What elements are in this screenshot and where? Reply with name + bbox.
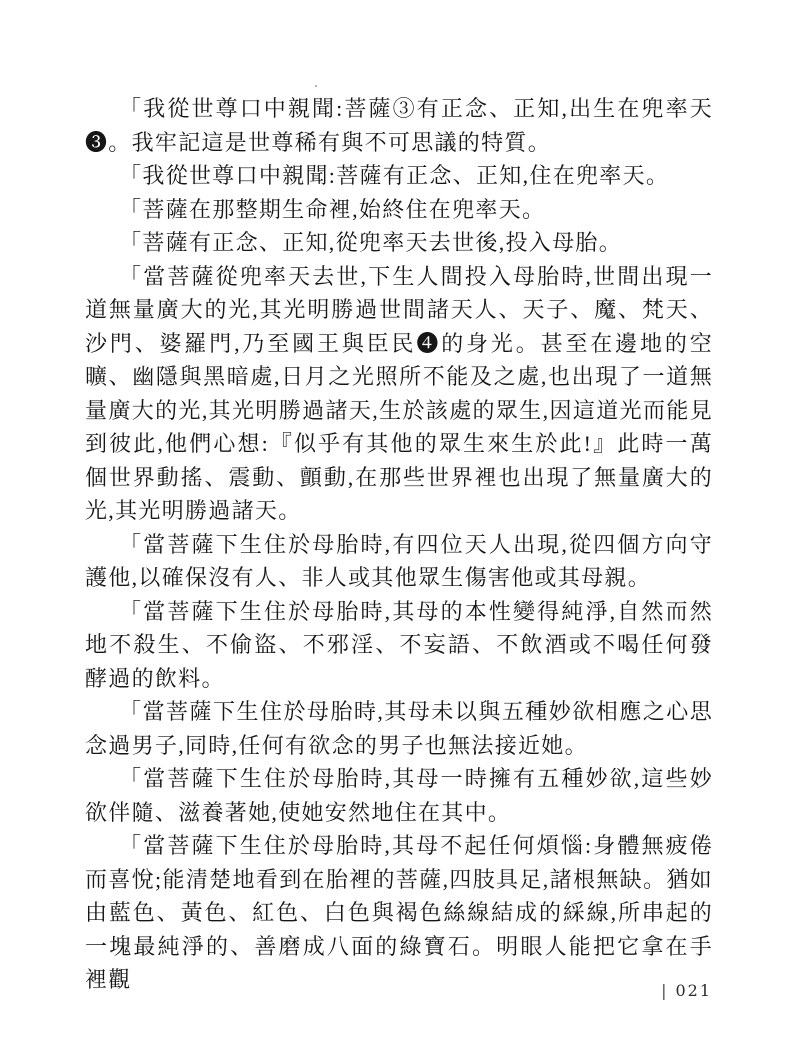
paragraph: 「菩薩在那整期生命裡,始終住在兜率天。	[85, 193, 713, 227]
paragraph: 「當菩薩下生住於母胎時,其母的本性變得純淨,自然而然地不殺生、不偷盜、不邪淫、不…	[85, 595, 713, 696]
paragraph: 「當菩薩下生住於母胎時,其母未以與五種妙欲相應之心思念過男子,同時,任何有欲念的…	[85, 695, 713, 762]
paragraph: 「當菩薩下生住於母胎時,其母一時擁有五種妙欲,這些妙欲伴隨、滋養著她,使她安然地…	[85, 762, 713, 829]
paragraph: 「我從世尊口中親聞:菩薩③有正念、正知,出生在兜率天❸。我牢記這是世尊稀有與不可…	[85, 92, 713, 159]
paragraph: 「當菩薩從兜率天去世,下生人間投入母胎時,世間出現一道無量廣大的光,其光明勝過世…	[85, 260, 713, 528]
page-number: |021	[661, 981, 712, 1000]
paragraph: 「菩薩有正念、正知,從兜率天去世後,投入母胎。	[85, 226, 713, 260]
paragraph: 「當菩薩下生住於母胎時,有四位天人出現,從四個方向守護他,以確保沒有人、非人或其…	[85, 528, 713, 595]
paragraph: 「當菩薩下生住於母胎時,其母不起任何煩惱:身體無疲倦而喜悅;能清楚地看到在胎裡的…	[85, 829, 713, 997]
paragraph: 「我從世尊口中親聞:菩薩有正念、正知,住在兜率天。	[85, 159, 713, 193]
page-number-value: 021	[675, 981, 712, 1000]
body-text-block: 「我從世尊口中親聞:菩薩③有正念、正知,出生在兜率天❸。我牢記這是世尊稀有與不可…	[85, 92, 713, 997]
book-page: 「我從世尊口中親聞:菩薩③有正念、正知,出生在兜率天❸。我牢記這是世尊稀有與不可…	[0, 0, 792, 1056]
page-number-separator: |	[661, 981, 668, 1000]
scan-artifact-dot	[315, 85, 317, 87]
